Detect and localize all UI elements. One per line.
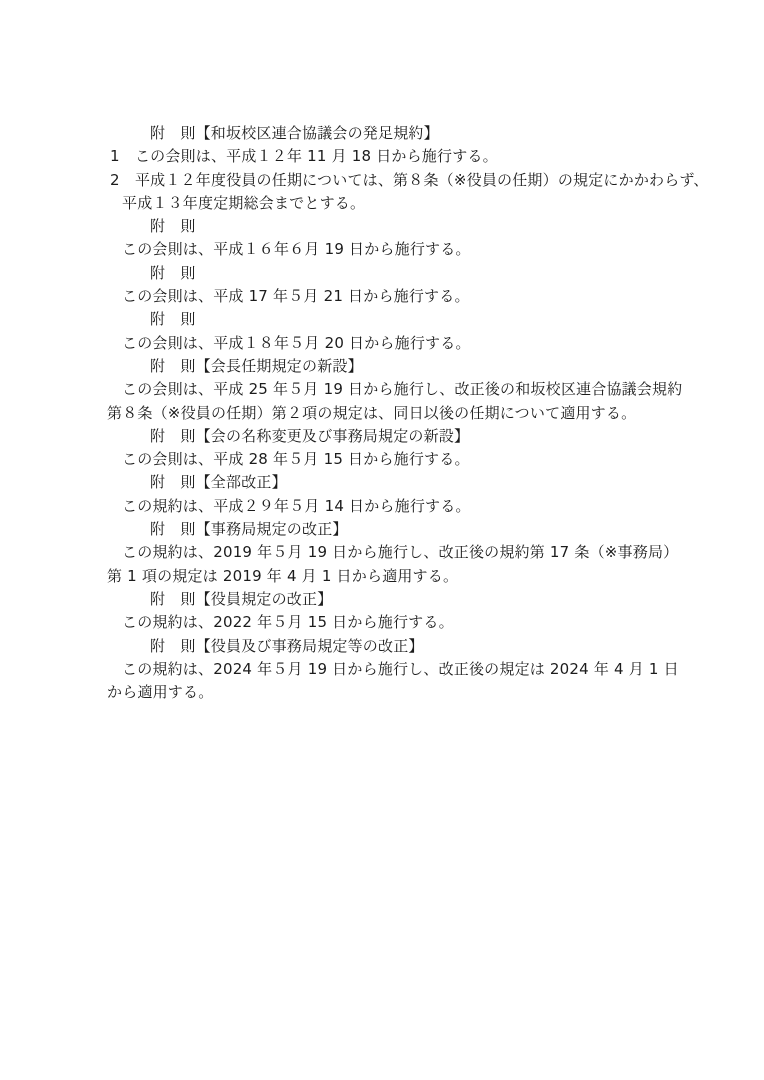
appendix-heading: 附 則【和坂校区連合協議会の発足規約】: [107, 122, 667, 145]
appendix-heading: 附 則【会の名称変更及び事務局規定の新設】: [107, 425, 667, 448]
provision-text: 1 この会則は、平成１２年 11 月 18 日から施行する。: [107, 145, 667, 168]
provision-text: 平成１３年度定期総会までとする。: [107, 192, 667, 215]
provision-text: 第 1 項の規定は 2019 年 4 月 1 日から適用する。: [107, 565, 667, 588]
provision-text: この会則は、平成 28 年５月 15 日から施行する。: [107, 448, 667, 471]
appendix-heading: 附 則: [107, 215, 667, 238]
provision-text: この会則は、平成１６年６月 19 日から施行する。: [107, 238, 667, 261]
appendix-heading: 附 則【役員及び事務局規定等の改正】: [107, 635, 667, 658]
appendix-heading: 附 則: [107, 262, 667, 285]
appendix-heading: 附 則【全部改正】: [107, 471, 667, 494]
provision-text: この規約は、2022 年５月 15 日から施行する。: [107, 611, 667, 634]
provision-text: この規約は、2024 年５月 19 日から施行し、改正後の規定は 2024 年 …: [107, 658, 667, 681]
document-page: 附 則【和坂校区連合協議会の発足規約】 1 この会則は、平成１２年 11 月 1…: [0, 0, 764, 1080]
provision-text: この会則は、平成 17 年５月 21 日から施行する。: [107, 285, 667, 308]
provision-text: 2 平成１２年度役員の任期については、第８条（※役員の任期）の規定にかかわらず、: [107, 169, 667, 192]
provision-text: 第８条（※役員の任期）第２項の規定は、同日以後の任期について適用する。: [107, 402, 667, 425]
appendix-heading: 附 則【事務局規定の改正】: [107, 518, 667, 541]
provision-text: この規約は、平成２９年５月 14 日から施行する。: [107, 495, 667, 518]
appendix-heading: 附 則【役員規定の改正】: [107, 588, 667, 611]
provision-text: から適用する。: [107, 681, 667, 704]
provision-text: この会則は、平成１８年５月 20 日から施行する。: [107, 332, 667, 355]
provision-text: この規約は、2019 年５月 19 日から施行し、改正後の規約第 17 条（※事…: [107, 541, 667, 564]
appendix-heading: 附 則: [107, 308, 667, 331]
supplementary-provisions-text: 附 則【和坂校区連合協議会の発足規約】 1 この会則は、平成１２年 11 月 1…: [107, 122, 667, 704]
appendix-heading: 附 則【会長任期規定の新設】: [107, 355, 667, 378]
provision-text: この会則は、平成 25 年５月 19 日から施行し、改正後の和坂校区連合協議会規…: [107, 378, 667, 401]
